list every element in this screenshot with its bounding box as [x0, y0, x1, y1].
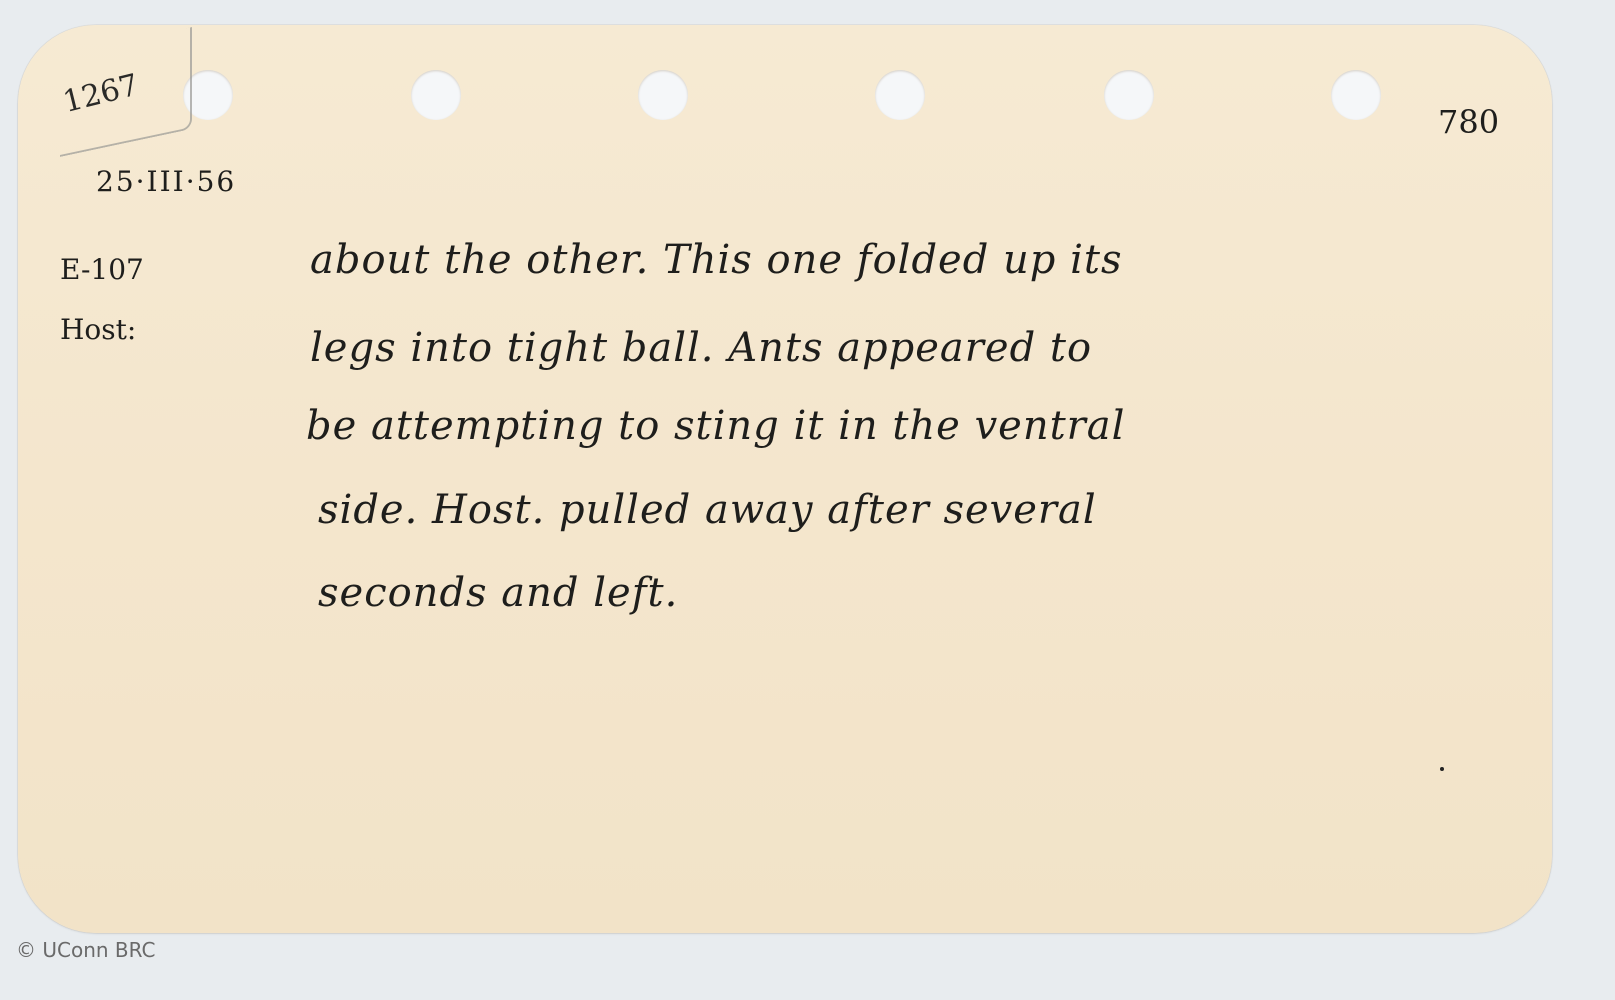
date: 25·III·56	[96, 165, 236, 198]
punch-hole	[411, 70, 461, 120]
note-line-2: legs into tight ball. Ants appeared to	[310, 325, 1092, 371]
ink-speck	[1440, 767, 1444, 771]
punch-hole	[638, 70, 688, 120]
index-card: 1267 780 25·III·56 E-107 Host: about the…	[18, 25, 1552, 933]
specimen-code: E-107	[60, 253, 144, 286]
host-label: Host:	[60, 313, 136, 346]
note-line-4: side. Host. pulled away after several	[318, 487, 1097, 533]
note-line-3: be attempting to sting it in the ventral	[306, 403, 1125, 449]
copyright-notice: © UConn BRC	[16, 938, 156, 962]
punch-hole	[1104, 70, 1154, 120]
reference-number: 780	[1438, 103, 1499, 141]
punch-hole	[875, 70, 925, 120]
note-line-5: seconds and left.	[318, 570, 678, 616]
note-line-1: about the other. This one folded up its	[310, 237, 1123, 283]
punch-hole	[1331, 70, 1381, 120]
